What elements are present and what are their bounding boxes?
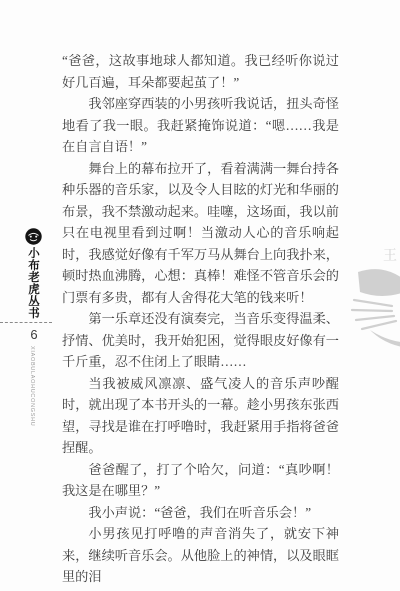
paragraph: 爸爸醒了，打了个哈欠，问道：“真吵啊！我这是在哪里？” bbox=[62, 459, 339, 502]
paragraph: “爸爸，这故事地球人都知道。我已经听你说过好几百遍，耳朵都要起茧了！” bbox=[62, 50, 339, 93]
book-page: 小布老虎丛书 6 XIAOBULAOHUCONGSHU 王 “爸爸，这故事地球人… bbox=[0, 0, 400, 591]
page-text: “爸爸，这故事地球人都知道。我已经听你说过好几百遍，耳朵都要起茧了！”我邻座穿西… bbox=[62, 50, 339, 588]
paragraph: 我小声说：“爸爸，我们在听音乐会！” bbox=[62, 502, 339, 524]
paragraph: 小男孩见打呼噜的声音消失了，就安下神来，继续听音乐会。从他脸上的神情，以及眼眶里… bbox=[62, 523, 339, 588]
tiger-logo-icon bbox=[25, 228, 42, 245]
page-number: 6 bbox=[24, 327, 44, 342]
sidebar-divider bbox=[0, 322, 52, 323]
paragraph: 当我被威风凛凛、盛气凌人的音乐声吵醒时，就出现了本书开头的一幕。趁小男孩东张西望… bbox=[62, 373, 339, 459]
paragraph: 舞台上的幕布拉开了，看着满满一舞台持各种乐器的音乐家，以及令人目眩的灯光和华丽的… bbox=[62, 158, 339, 309]
paragraph: 我邻座穿西装的小男孩听我说话，扭头奇怪地看了我一眼。我赶紧掩饰说道：“嗯……我是… bbox=[62, 93, 339, 158]
tiger-face-watermark: 王 bbox=[350, 238, 400, 356]
series-title-vertical: 小布老虎丛书 bbox=[26, 247, 40, 321]
paragraph: 第一乐章还没有演奏完，当音乐变得温柔、抒情、优美时，我开始犯困，觉得眼皮好像有一… bbox=[62, 308, 339, 373]
watermark-forehead-char: 王 bbox=[383, 247, 397, 263]
series-romanized-vertical: XIAOBULAOHUCONGSHU bbox=[29, 346, 35, 406]
